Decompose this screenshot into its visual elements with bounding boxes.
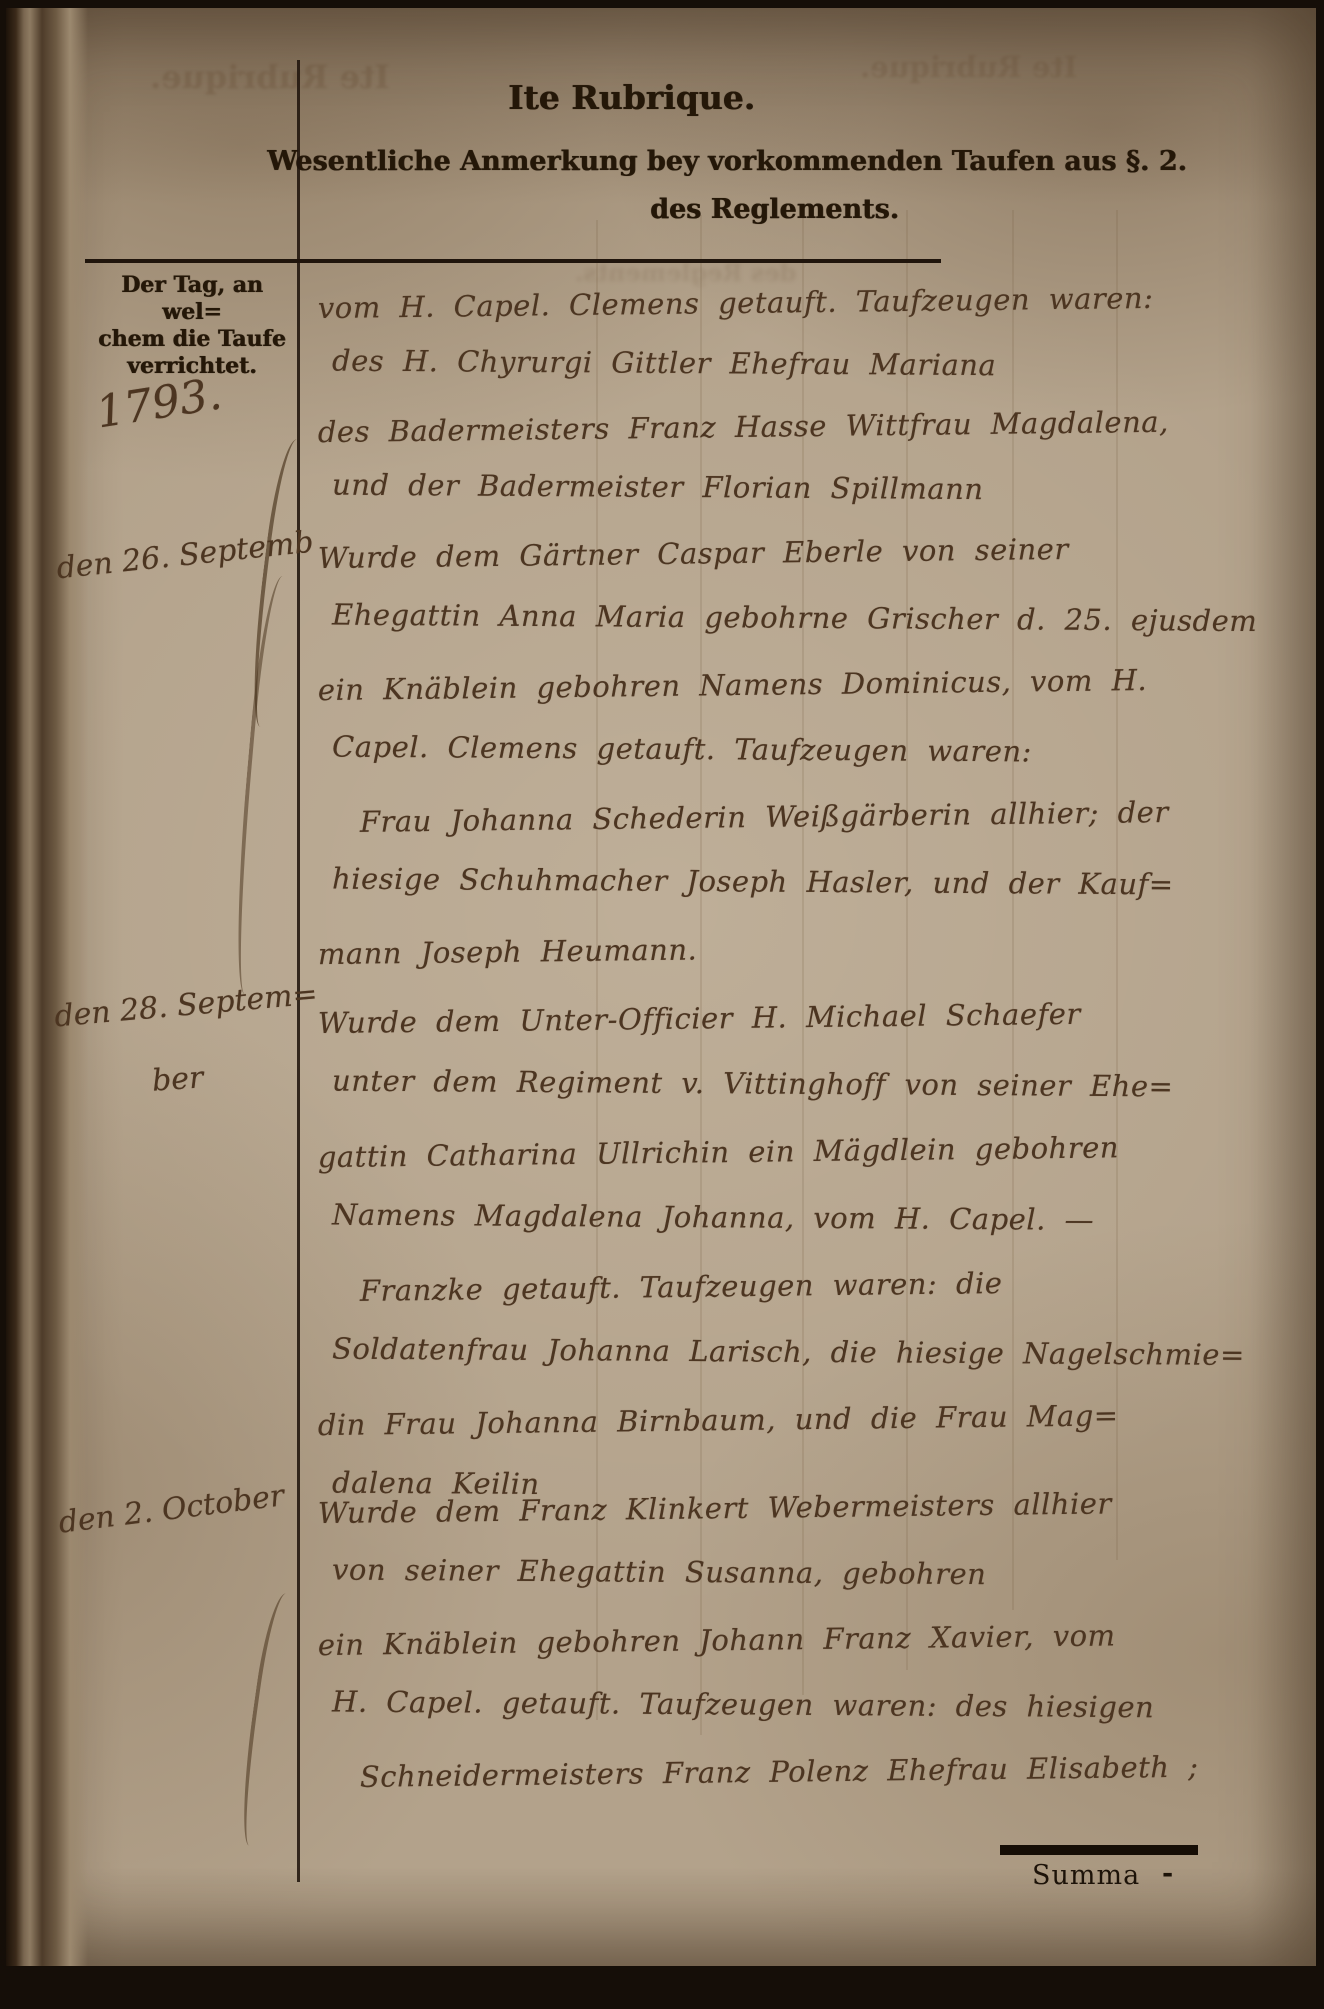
bleedthrough-ghost-text: Ite Rubrique. [150,58,390,96]
entry-line: und der Badermeister Florian Spillmann [332,468,1318,537]
header-subtitle-2: des Reglements. [650,194,899,225]
entry-line: vom H. Capel. Clemens getauft. Taufzeuge… [318,279,1319,353]
entry-line: von seiner Ehegattin Susanna, gebohren [332,1553,1318,1626]
entry-line: Capel. Clemens getauft. Taufzeugen waren… [332,730,1318,803]
date-column-heading: Der Tag, an wel= chem die Taufe verricht… [88,272,296,380]
entry-line: Frau Johanna Schederin Weißgärberin allh… [360,793,1319,871]
entry-line: hiesige Schuhmacher Joseph Hasler, und d… [332,862,1318,935]
entry-date-label-continuation: ber [151,1060,205,1098]
baptism-entry: Wurde dem Unter-Officier H. Michael Scha… [318,1000,1318,1536]
summa-rule [1000,1845,1198,1855]
book-binding-edge [6,8,88,1966]
summa-dash: - [1162,1858,1174,1889]
baptism-entry: Wurde dem Franz Klinkert Webermeisters a… [318,1490,1318,1820]
entry-line: Wurde dem Unter-Officier H. Michael Scha… [318,994,1319,1073]
entry-line: ein Knäblein gebohren Johann Franz Xavie… [318,1616,1319,1694]
date-column-heading-line: chem die Taufe [88,326,296,353]
header-horizontal-rule [85,259,941,263]
entry-line: gattin Catharina Ullrichin ein Mägdlein … [318,1128,1319,1207]
entry-line: din Frau Johanna Birnbaum, und die Frau … [318,1396,1319,1475]
entry-line: des Badermeisters Franz Hasse Wittfrau M… [318,403,1319,477]
entry-line: Soldatenfrau Johanna Larisch, die hiesig… [332,1332,1318,1406]
entry-line: Franzke getauft. Taufzeugen waren: die [360,1262,1319,1341]
entry-line: Schneidermeisters Franz Polenz Ehefrau E… [360,1748,1319,1826]
baptism-entry: Wurde dem Gärtner Caspar Eberle von sein… [318,535,1318,997]
header-subtitle: Wesentliche Anmerkung bey vorkommenden T… [262,146,1192,177]
entry-line: mann Joseph Heumann. [318,925,1319,1003]
entry-line: des H. Chyrurgi Gittler Ehefrau Mariana [332,344,1318,413]
entry-line: H. Capel. getauft. Taufzeugen waren: des… [332,1685,1318,1758]
entry-line: unter dem Regiment v. Vittinghoff von se… [332,1064,1318,1138]
bleedthrough-ghost-text: Ite Rubrique. [860,50,1077,84]
register-page-scan: Ite Rubrique. Ite Rubrique. des Reglemen… [0,0,1324,2009]
entry-line: Ehegattin Anna Maria gebohrne Grischer d… [332,598,1318,671]
summa-label: Summa [1032,1860,1140,1891]
baptism-entry: vom H. Capel. Clemens getauft. Taufzeuge… [318,285,1318,533]
entry-line: Namens Magdalena Johanna, vom H. Capel. … [332,1198,1318,1272]
entry-line: Wurde dem Gärtner Caspar Eberle von sein… [318,529,1319,607]
entry-line: ein Knäblein gebohren Namens Dominicus, … [318,661,1319,739]
date-column-heading-line: Der Tag, an wel= [88,272,296,326]
rubric-title: Ite Rubrique. [508,78,755,117]
entry-line: Wurde dem Franz Klinkert Webermeisters a… [318,1484,1319,1562]
